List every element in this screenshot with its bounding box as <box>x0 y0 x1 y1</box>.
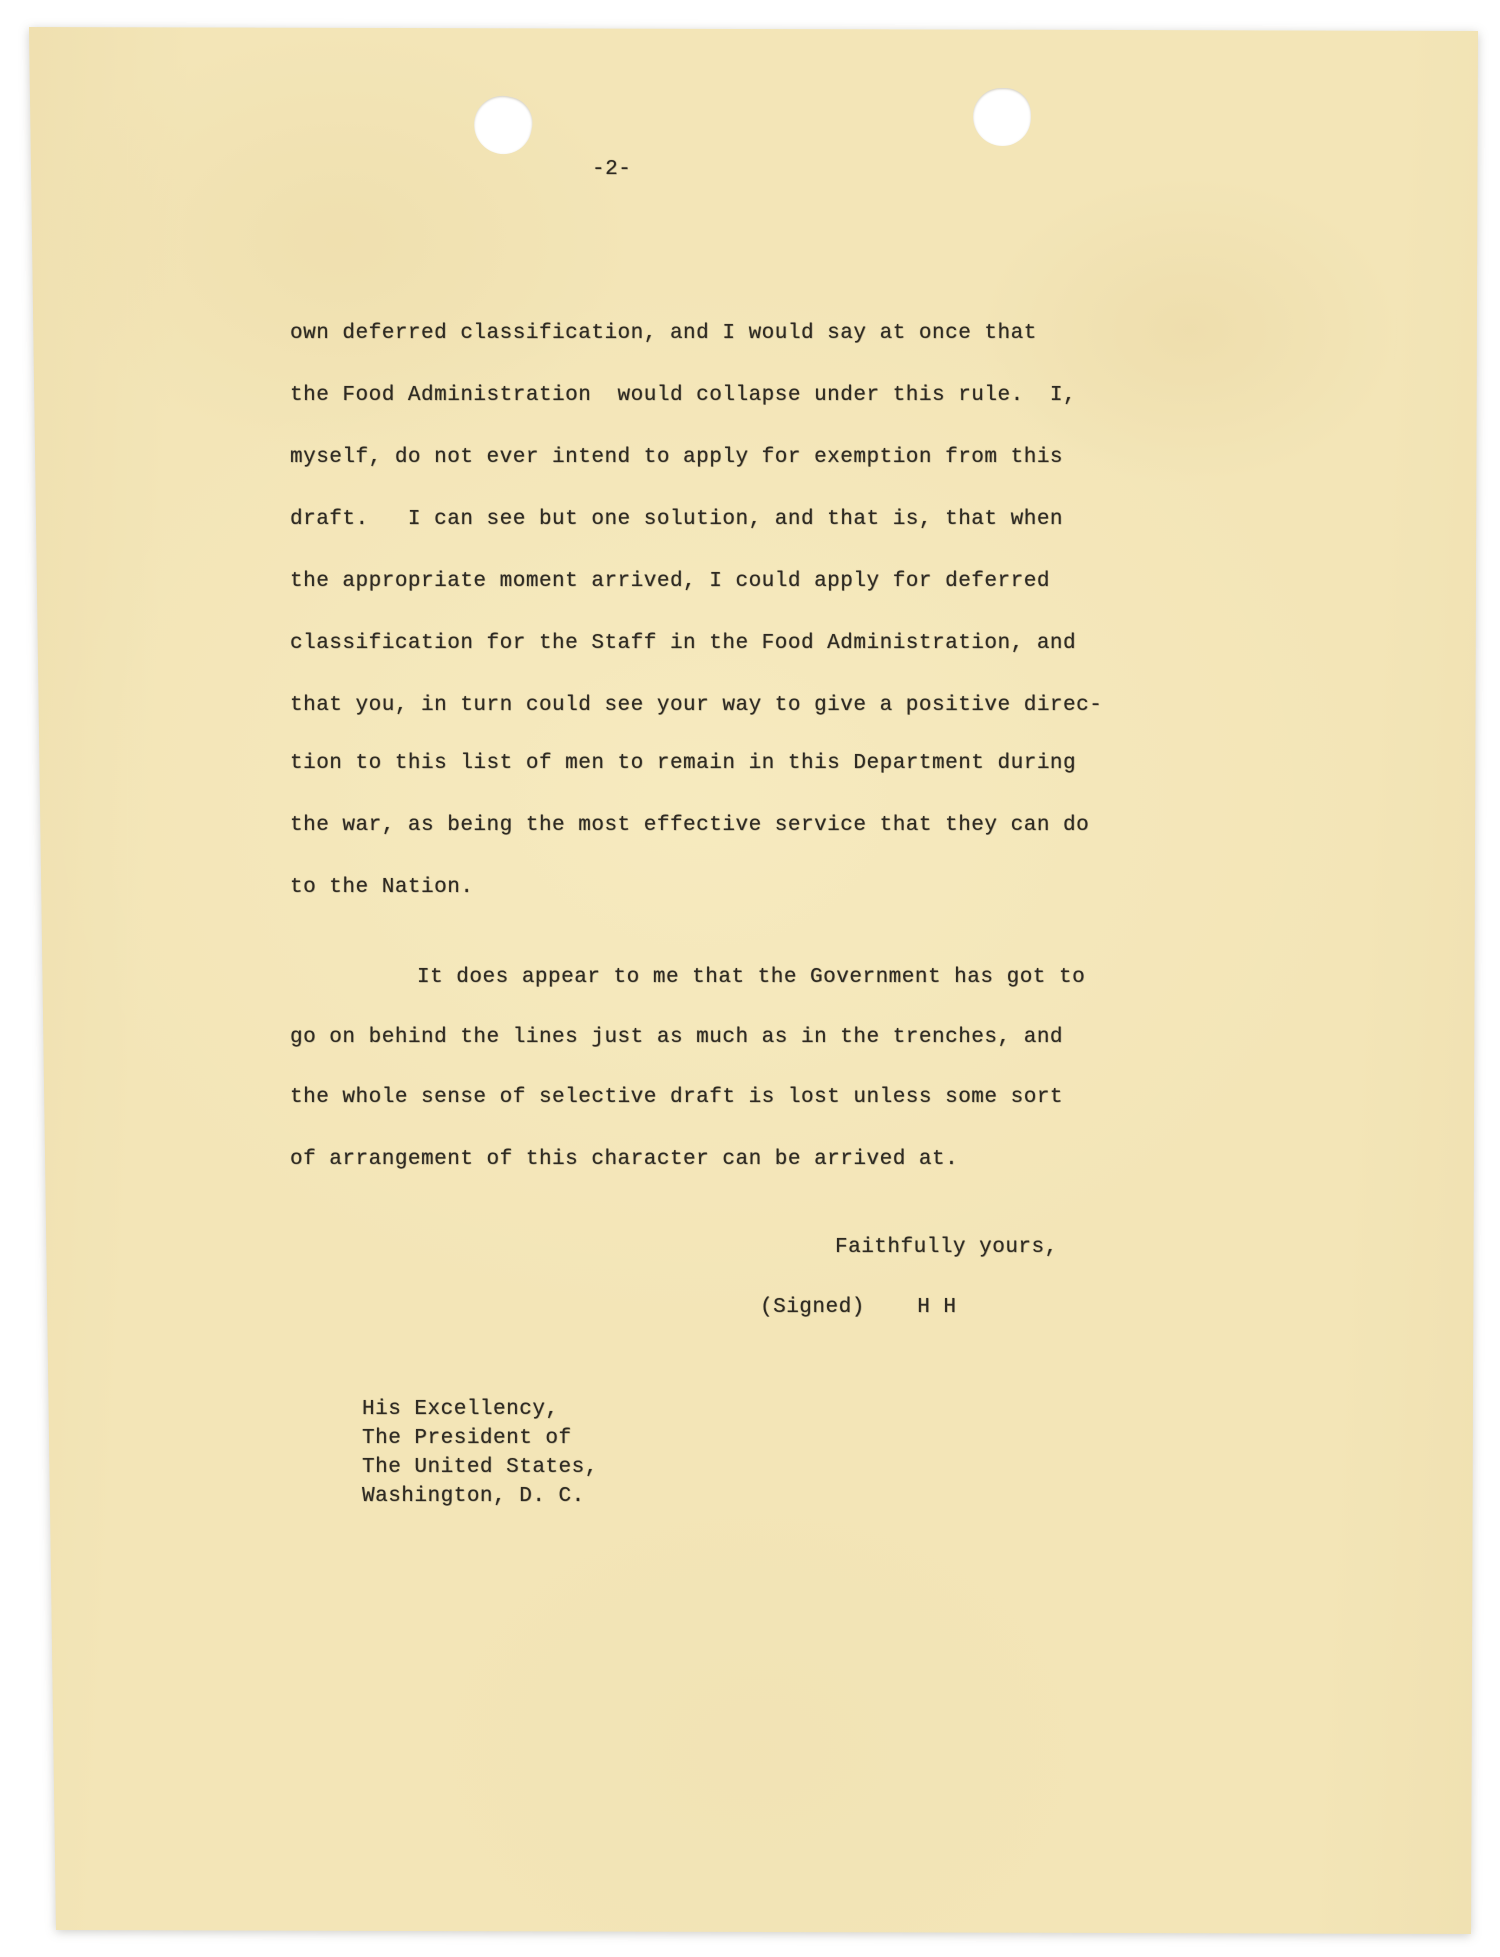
closing-line: Faithfully yours, <box>835 1236 1058 1259</box>
letter-line: classification for the Staff in the Food… <box>290 632 1076 655</box>
letter-line: that you, in turn could see your way to … <box>290 694 1102 717</box>
letter-line: the war, as being the most effective ser… <box>290 814 1089 837</box>
letter-line: of arrangement of this character can be … <box>290 1148 958 1171</box>
letter-line: the whole sense of selective draft is lo… <box>290 1086 1063 1109</box>
letter-line: to the Nation. <box>290 876 473 899</box>
address-line: The United States, <box>362 1456 598 1479</box>
letter-line: tion to this list of men to remain in th… <box>290 752 1076 775</box>
punch-hole-right <box>973 88 1031 146</box>
letter-line: the appropriate moment arrived, I could … <box>290 570 1050 593</box>
address-line: His Excellency, <box>362 1398 559 1421</box>
letter-line: It does appear to me that the Government… <box>417 966 1085 989</box>
letter-line: the Food Administration would collapse u… <box>290 384 1076 407</box>
letter-page-wrapper: -2- own deferred classification, and I w… <box>0 0 1500 1957</box>
address-line: Washington, D. C. <box>362 1485 585 1508</box>
address-line: The President of <box>362 1427 572 1450</box>
letter-page: -2- own deferred classification, and I w… <box>0 0 1500 1957</box>
page-number: -2- <box>592 158 631 181</box>
signature-line: (Signed) H H <box>760 1296 957 1319</box>
letter-line: draft. I can see but one solution, and t… <box>290 508 1063 531</box>
punch-hole-left <box>469 91 538 160</box>
letter-line: myself, do not ever intend to apply for … <box>290 446 1063 469</box>
letter-line: own deferred classification, and I would… <box>290 322 1037 345</box>
letter-line: go on behind the lines just as much as i… <box>290 1026 1063 1049</box>
